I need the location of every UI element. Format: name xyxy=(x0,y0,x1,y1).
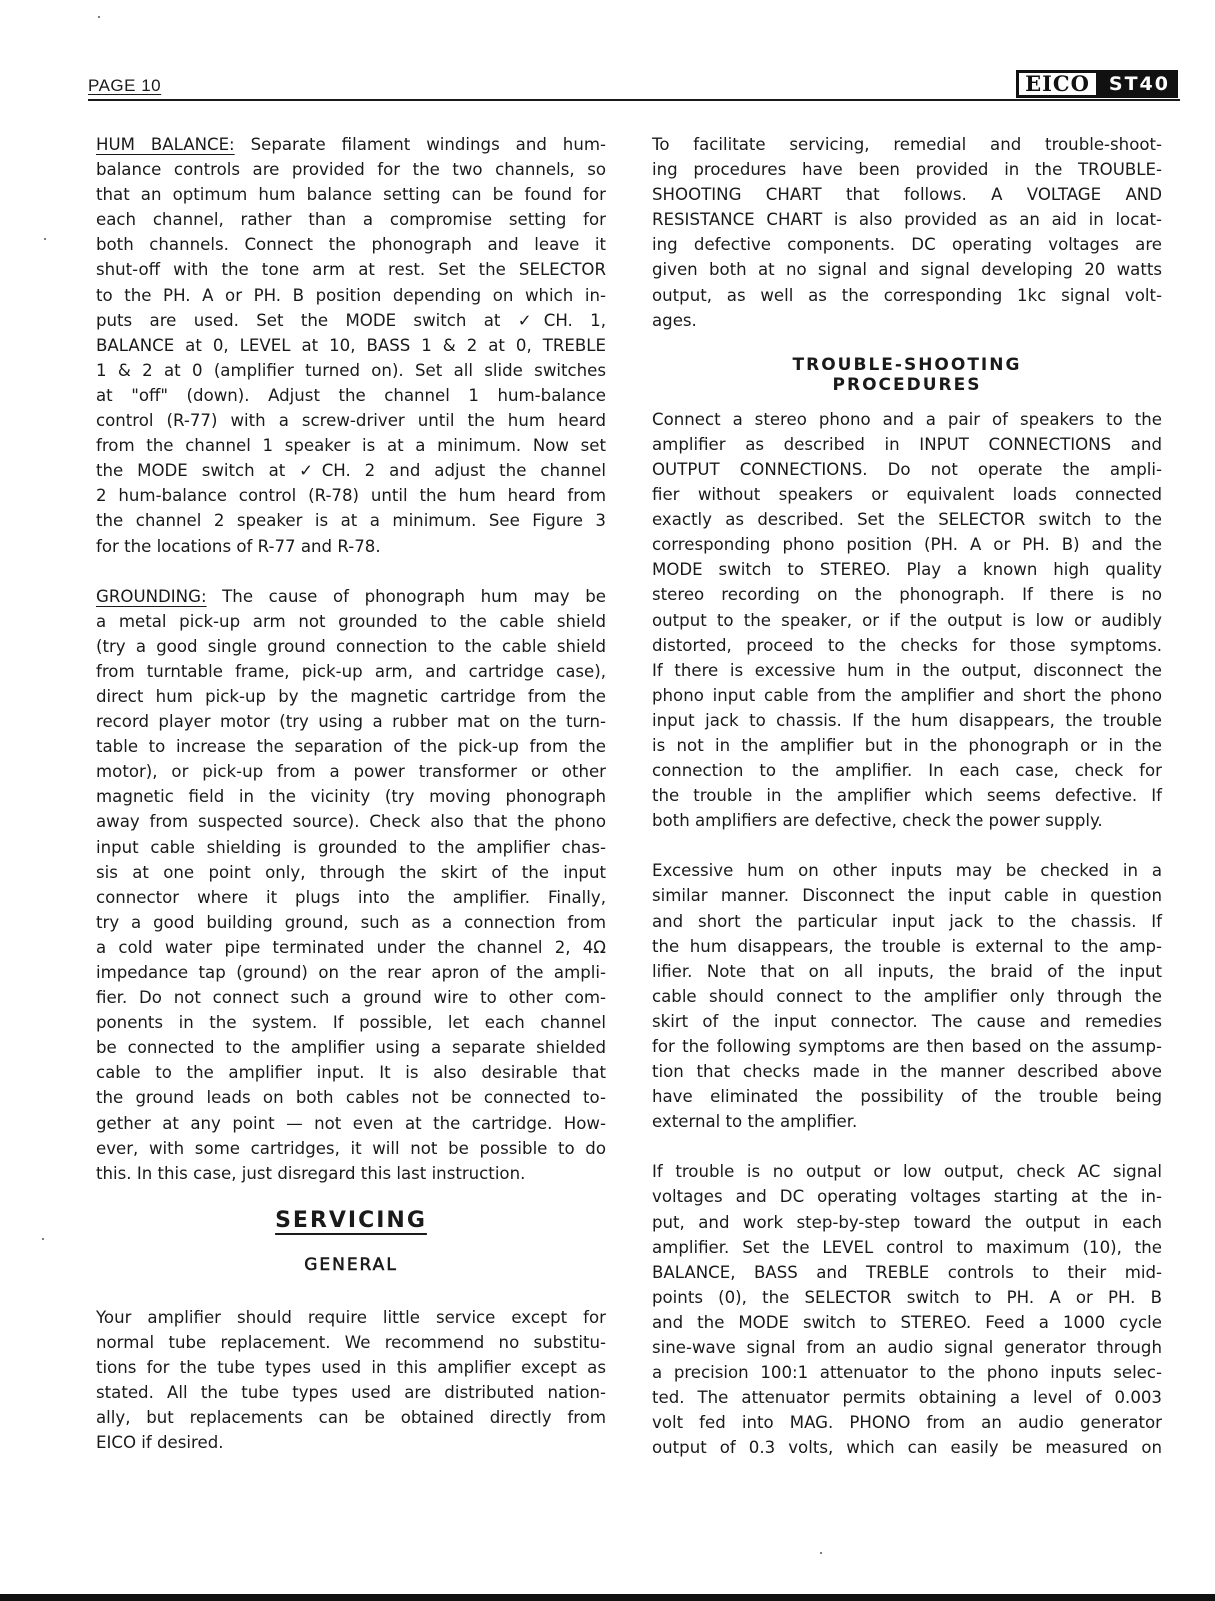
text-line: amplifier as described in INPUT CONNECTI… xyxy=(652,432,1162,457)
text-line: If there is excessive hum in the output,… xyxy=(652,658,1162,683)
text-line: table to increase the separation of the … xyxy=(96,734,606,759)
text-line: GROUNDING: The cause of phonograph hum m… xyxy=(96,584,606,609)
text-line: a precision 100:1 attenuator to the phon… xyxy=(652,1360,1162,1385)
brand-name: EICO xyxy=(1016,70,1099,98)
text-line: is not in the amplifier but in the phono… xyxy=(652,733,1162,758)
text-line: tion that checks made in the manner desc… xyxy=(652,1059,1162,1084)
page-number: PAGE 10 xyxy=(88,76,161,96)
text-line: each channel, rather than a compromise s… xyxy=(96,207,606,232)
text-line: similar manner. Disconnect the input cab… xyxy=(652,883,1162,908)
text-line: HUM BALANCE: Separate filament windings … xyxy=(96,132,606,157)
paragraph-gap xyxy=(652,833,1162,858)
text-line: direct hum pick-up by the magnetic cartr… xyxy=(96,684,606,709)
model-number: ST40 xyxy=(1099,70,1178,98)
text-line: be connected to the amplifier using a se… xyxy=(96,1035,606,1060)
text-line: have eliminated the possibility of the t… xyxy=(652,1084,1162,1109)
text-line: Excessive hum on other inputs may be che… xyxy=(652,858,1162,883)
scan-speck xyxy=(820,1552,822,1554)
text-line: and the MODE switch to STEREO. Feed a 10… xyxy=(652,1310,1162,1335)
text-line: amplifier. Set the LEVEL control to maxi… xyxy=(652,1235,1162,1260)
text-line: exactly as described. Set the SELECTOR s… xyxy=(652,507,1162,532)
general-paragraph: Your amplifier should require little ser… xyxy=(96,1305,606,1456)
paragraph-gap xyxy=(652,1134,1162,1159)
page-header: PAGE 10 EICO ST40 xyxy=(88,70,1180,100)
text-line: ted. The attenuator permits obtaining a … xyxy=(652,1385,1162,1410)
excessive-hum-paragraph: Excessive hum on other inputs may be che… xyxy=(652,858,1162,1134)
heading-line: PROCEDURES xyxy=(652,375,1162,395)
text-line: connector where it plugs into the amplif… xyxy=(96,885,606,910)
grounding-heading: GROUNDING: xyxy=(96,587,207,606)
paragraph-gap xyxy=(96,559,606,584)
grounding-paragraph: GROUNDING: The cause of phonograph hum m… xyxy=(96,584,606,1186)
text-line: skirt of the input connector. The cause … xyxy=(652,1009,1162,1034)
trouble-shooting-heading: TROUBLE-SHOOTING PROCEDURES xyxy=(652,355,1162,395)
header-rule xyxy=(88,99,1180,101)
heading-line: TROUBLE-SHOOTING xyxy=(652,355,1162,375)
text-line: input jack to chassis. If the hum disapp… xyxy=(652,708,1162,733)
text-line: and short the particular input jack to t… xyxy=(652,909,1162,934)
text-line: control (R-77) with a screw-driver until… xyxy=(96,408,606,433)
text-line: magnetic field in the vicinity (try movi… xyxy=(96,784,606,809)
text-line: BALANCE, BASS and TREBLE controls to the… xyxy=(652,1260,1162,1285)
text-line: cable should connect to the amplifier on… xyxy=(652,984,1162,1009)
text-line: tions for the tube types used in this am… xyxy=(96,1355,606,1380)
servicing-heading: SERVICING xyxy=(96,1204,606,1238)
text-line: normal tube replacement. We recommend no… xyxy=(96,1330,606,1355)
text-line: ing procedures have been provided in the… xyxy=(652,157,1162,182)
text-line: balance controls are provided for the tw… xyxy=(96,157,606,182)
text-line: stereo recording on the phonograph. If t… xyxy=(652,582,1162,607)
text-line: puts are used. Set the MODE switch at ✓C… xyxy=(96,308,606,333)
scan-speck xyxy=(44,238,46,240)
text-line: To facilitate servicing, remedial and tr… xyxy=(652,132,1162,157)
text-line: ages. xyxy=(652,308,1162,333)
text-line: stated. All the tube types used are dist… xyxy=(96,1380,606,1405)
text-line: volt fed into MAG. PHONO from an audio g… xyxy=(652,1410,1162,1435)
text-line: input cable shielding is grounded to the… xyxy=(96,835,606,860)
text-line: a cold water pipe terminated under the c… xyxy=(96,935,606,960)
scan-speck xyxy=(98,16,100,18)
text-line: sine-wave signal from an audio signal ge… xyxy=(652,1335,1162,1360)
general-heading: GENERAL xyxy=(96,1250,606,1280)
text-line: motor), or pick-up from a power transfor… xyxy=(96,759,606,784)
text-line: ponents in the system. If possible, let … xyxy=(96,1010,606,1035)
text-line: the hum disappears, the trouble is exter… xyxy=(652,934,1162,959)
no-output-paragraph: If trouble is no output or low output, c… xyxy=(652,1159,1162,1460)
text-line: impedance tap (ground) on the rear apron… xyxy=(96,960,606,985)
text-line: the trouble in the amplifier which seems… xyxy=(652,783,1162,808)
text-line: EICO if desired. xyxy=(96,1430,606,1455)
text-line: gether at any point — not even at the ca… xyxy=(96,1111,606,1136)
text-line: ing defective components. DC operating v… xyxy=(652,232,1162,257)
text-line: for the following symptoms are then base… xyxy=(652,1034,1162,1059)
text-line: both amplifiers are defective, check the… xyxy=(652,808,1162,833)
procedures-paragraph: Connect a stereo phono and a pair of spe… xyxy=(652,407,1162,834)
scan-speck xyxy=(42,1238,44,1240)
text-line: phono input cable from the amplifier and… xyxy=(652,683,1162,708)
text-line: Connect a stereo phono and a pair of spe… xyxy=(652,407,1162,432)
text-line: from the channel 1 speaker is at a minim… xyxy=(96,433,606,458)
text-line: output to the speaker, or if the output … xyxy=(652,608,1162,633)
text-line: BALANCE at 0, LEVEL at 10, BASS 1 & 2 at… xyxy=(96,333,606,358)
text-line: cable to the amplifier input. It is also… xyxy=(96,1060,606,1085)
intro-paragraph: To facilitate servicing, remedial and tr… xyxy=(652,132,1162,333)
text-line: voltages and DC operating voltages start… xyxy=(652,1184,1162,1209)
text-line: ally, but replacements can be obtained d… xyxy=(96,1405,606,1430)
text-line: the MODE switch at ✓CH. 2 and adjust the… xyxy=(96,458,606,483)
text-line: output, as well as the corresponding 1kc… xyxy=(652,283,1162,308)
right-column: To facilitate servicing, remedial and tr… xyxy=(652,132,1162,1461)
text-line: RESISTANCE CHART is also provided as an … xyxy=(652,207,1162,232)
text-line: corresponding phono position (PH. A or P… xyxy=(652,532,1162,557)
text-line: for the locations of R-77 and R-78. xyxy=(96,534,606,559)
text-line: (try a good single ground connection to … xyxy=(96,634,606,659)
text-line: OUTPUT CONNECTIONS. Do not operate the a… xyxy=(652,457,1162,482)
text-line: record player motor (try using a rubber … xyxy=(96,709,606,734)
eico-st40-logo: EICO ST40 xyxy=(1016,70,1178,98)
text-line: at "off" (down). Adjust the channel 1 hu… xyxy=(96,383,606,408)
text-line: put, and work step-by-step toward the ou… xyxy=(652,1210,1162,1235)
text-line: a metal pick-up arm not grounded to the … xyxy=(96,609,606,634)
text-line: 1 & 2 at 0 (amplifier turned on). Set al… xyxy=(96,358,606,383)
text-line: fier without speakers or equivalent load… xyxy=(652,482,1162,507)
text-line: the ground leads on both cables not be c… xyxy=(96,1085,606,1110)
text-line: try a good building ground, such as a co… xyxy=(96,910,606,935)
text-line: that an optimum hum balance setting can … xyxy=(96,182,606,207)
text-line: lifier. Note that on all inputs, the bra… xyxy=(652,959,1162,984)
left-column: HUM BALANCE: Separate filament windings … xyxy=(96,132,606,1455)
text-line: SHOOTING CHART that follows. A VOLTAGE A… xyxy=(652,182,1162,207)
text-line: both channels. Connect the phonograph an… xyxy=(96,232,606,257)
text-line: to the PH. A or PH. B position depending… xyxy=(96,283,606,308)
page-bottom-edge xyxy=(0,1594,1215,1601)
text-line: ever, with some cartridges, it will not … xyxy=(96,1136,606,1161)
text-line: 2 hum-balance control (R-78) until the h… xyxy=(96,483,606,508)
text-line: Your amplifier should require little ser… xyxy=(96,1305,606,1330)
text-line: given both at no signal and signal devel… xyxy=(652,257,1162,282)
text-line: the channel 2 speaker is at a minimum. S… xyxy=(96,508,606,533)
text-line: distorted, proceed to the checks for tho… xyxy=(652,633,1162,658)
text-line: external to the amplifier. xyxy=(652,1109,1162,1134)
text-line: from turntable frame, pick-up arm, and c… xyxy=(96,659,606,684)
text-line: fier. Do not connect such a ground wire … xyxy=(96,985,606,1010)
paragraph-gap xyxy=(96,1280,606,1305)
text-line: shut-off with the tone arm at rest. Set … xyxy=(96,257,606,282)
hum-balance-heading: HUM BALANCE: xyxy=(96,135,235,154)
text-line: points (0), the SELECTOR switch to PH. A… xyxy=(652,1285,1162,1310)
text-line: this. In this case, just disregard this … xyxy=(96,1161,606,1186)
text-line: If trouble is no output or low output, c… xyxy=(652,1159,1162,1184)
hum-balance-paragraph: HUM BALANCE: Separate filament windings … xyxy=(96,132,606,559)
text-line: MODE switch to STEREO. Play a known high… xyxy=(652,557,1162,582)
text-line: away from suspected source). Check also … xyxy=(96,809,606,834)
text-line: sis at one point only, through the skirt… xyxy=(96,860,606,885)
text-line: connection to the amplifier. In each cas… xyxy=(652,758,1162,783)
text-line: output of 0.3 volts, which can easily be… xyxy=(652,1435,1162,1460)
